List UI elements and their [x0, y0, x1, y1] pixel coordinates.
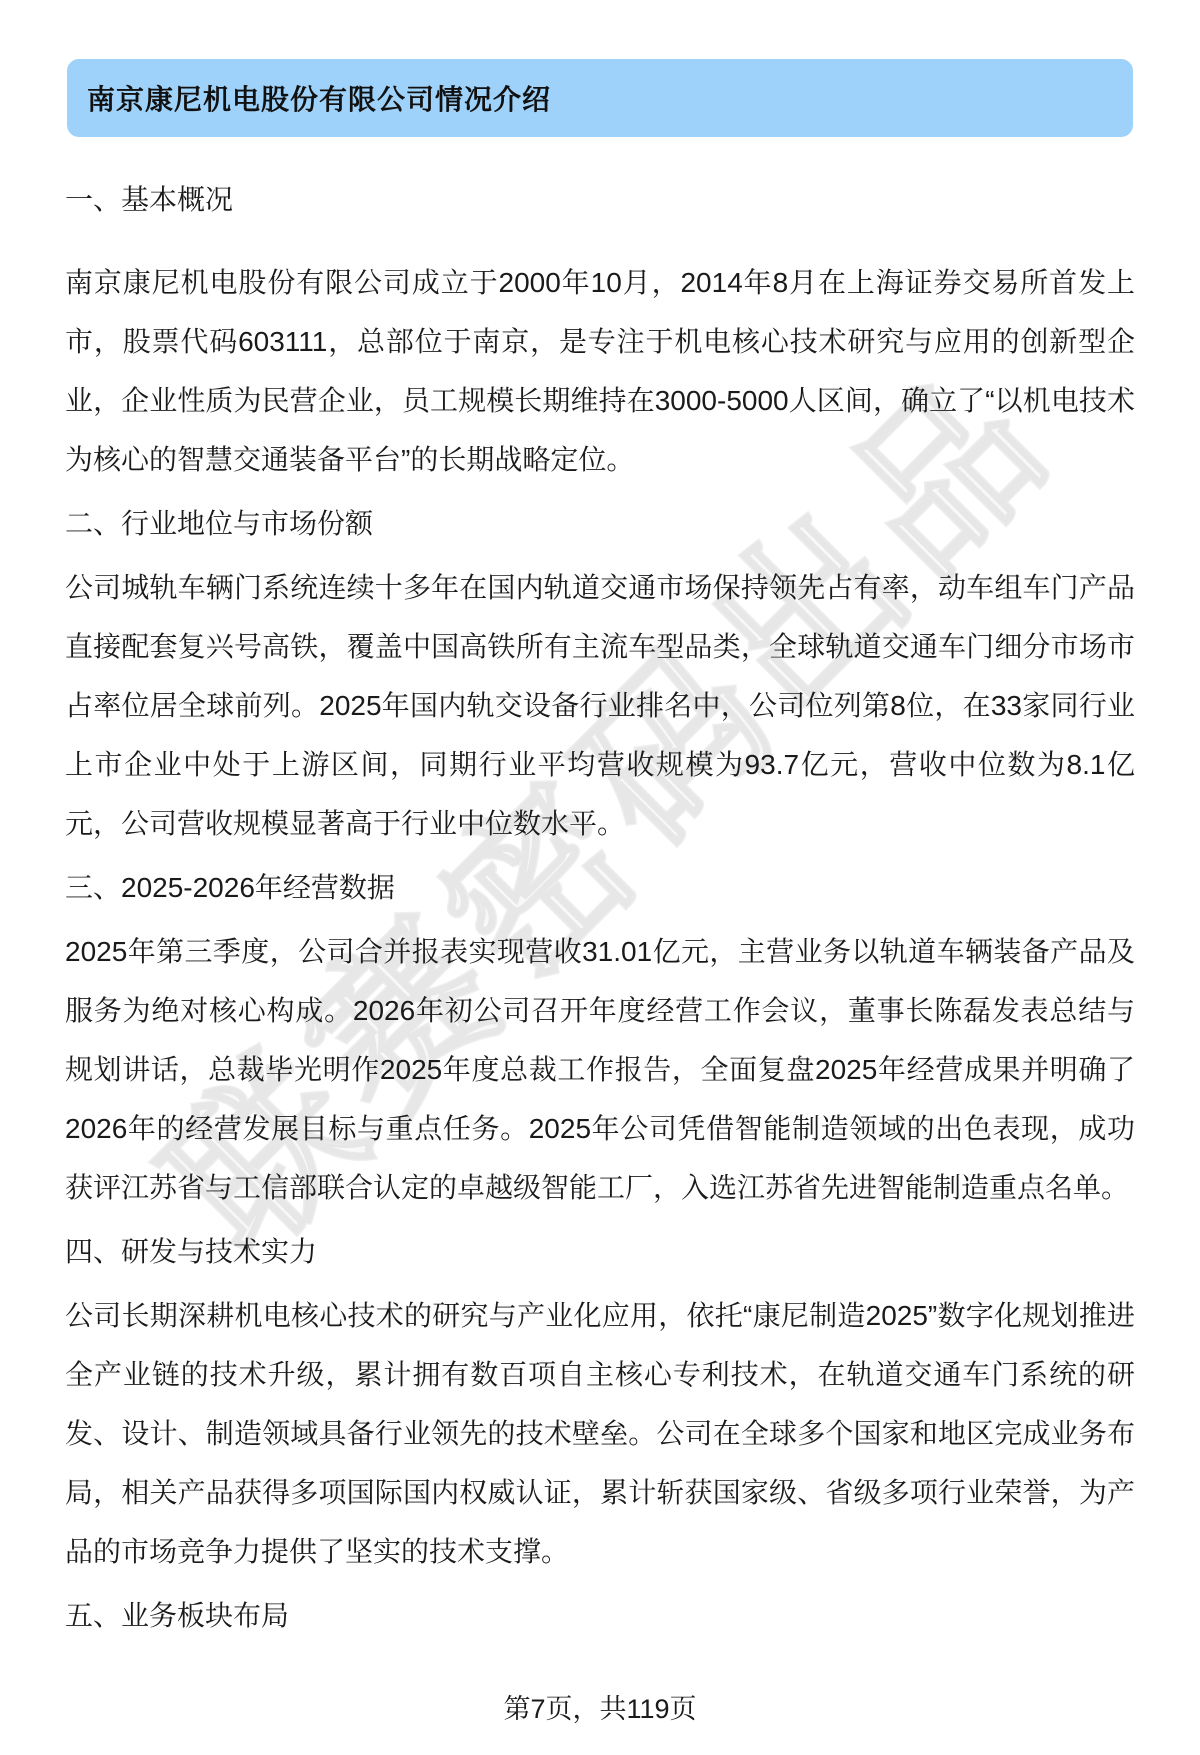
- section-heading-2: 二、行业地位与市场份额: [65, 494, 1135, 553]
- section-heading-1: 一、基本概况: [65, 170, 1135, 229]
- title-banner: 南京康尼机电股份有限公司情况介绍: [67, 59, 1133, 137]
- document-body: 一、基本概况 南京康尼机电股份有限公司成立于2000年10月，2014年8月在上…: [65, 170, 1135, 1645]
- section-paragraph-3: 2025年第三季度，公司合并报表实现营收31.01亿元，主营业务以轨道车辆装备产…: [65, 922, 1135, 1217]
- page-title: 南京康尼机电股份有限公司情况介绍: [87, 78, 551, 118]
- section-paragraph-1: 南京康尼机电股份有限公司成立于2000年10月，2014年8月在上海证券交易所首…: [65, 253, 1135, 489]
- section-paragraph-2: 公司城轨车辆门系统连续十多年在国内轨道交通市场保持领先占有率，动车组车门产品直接…: [65, 558, 1135, 853]
- section-heading-5: 五、业务板块布局: [65, 1586, 1135, 1645]
- section-heading-4: 四、研发与技术实力: [65, 1222, 1135, 1281]
- document-page: 联赛密码出品 南京康尼机电股份有限公司情况介绍 一、基本概况 南京康尼机电股份有…: [0, 0, 1200, 1755]
- page-number-indicator: 第7页，共119页: [0, 1680, 1200, 1739]
- section-heading-3: 三、2025-2026年经营数据: [65, 858, 1135, 917]
- section-paragraph-4: 公司长期深耕机电核心技术的研究与产业化应用，依托“康尼制造2025”数字化规划推…: [65, 1286, 1135, 1581]
